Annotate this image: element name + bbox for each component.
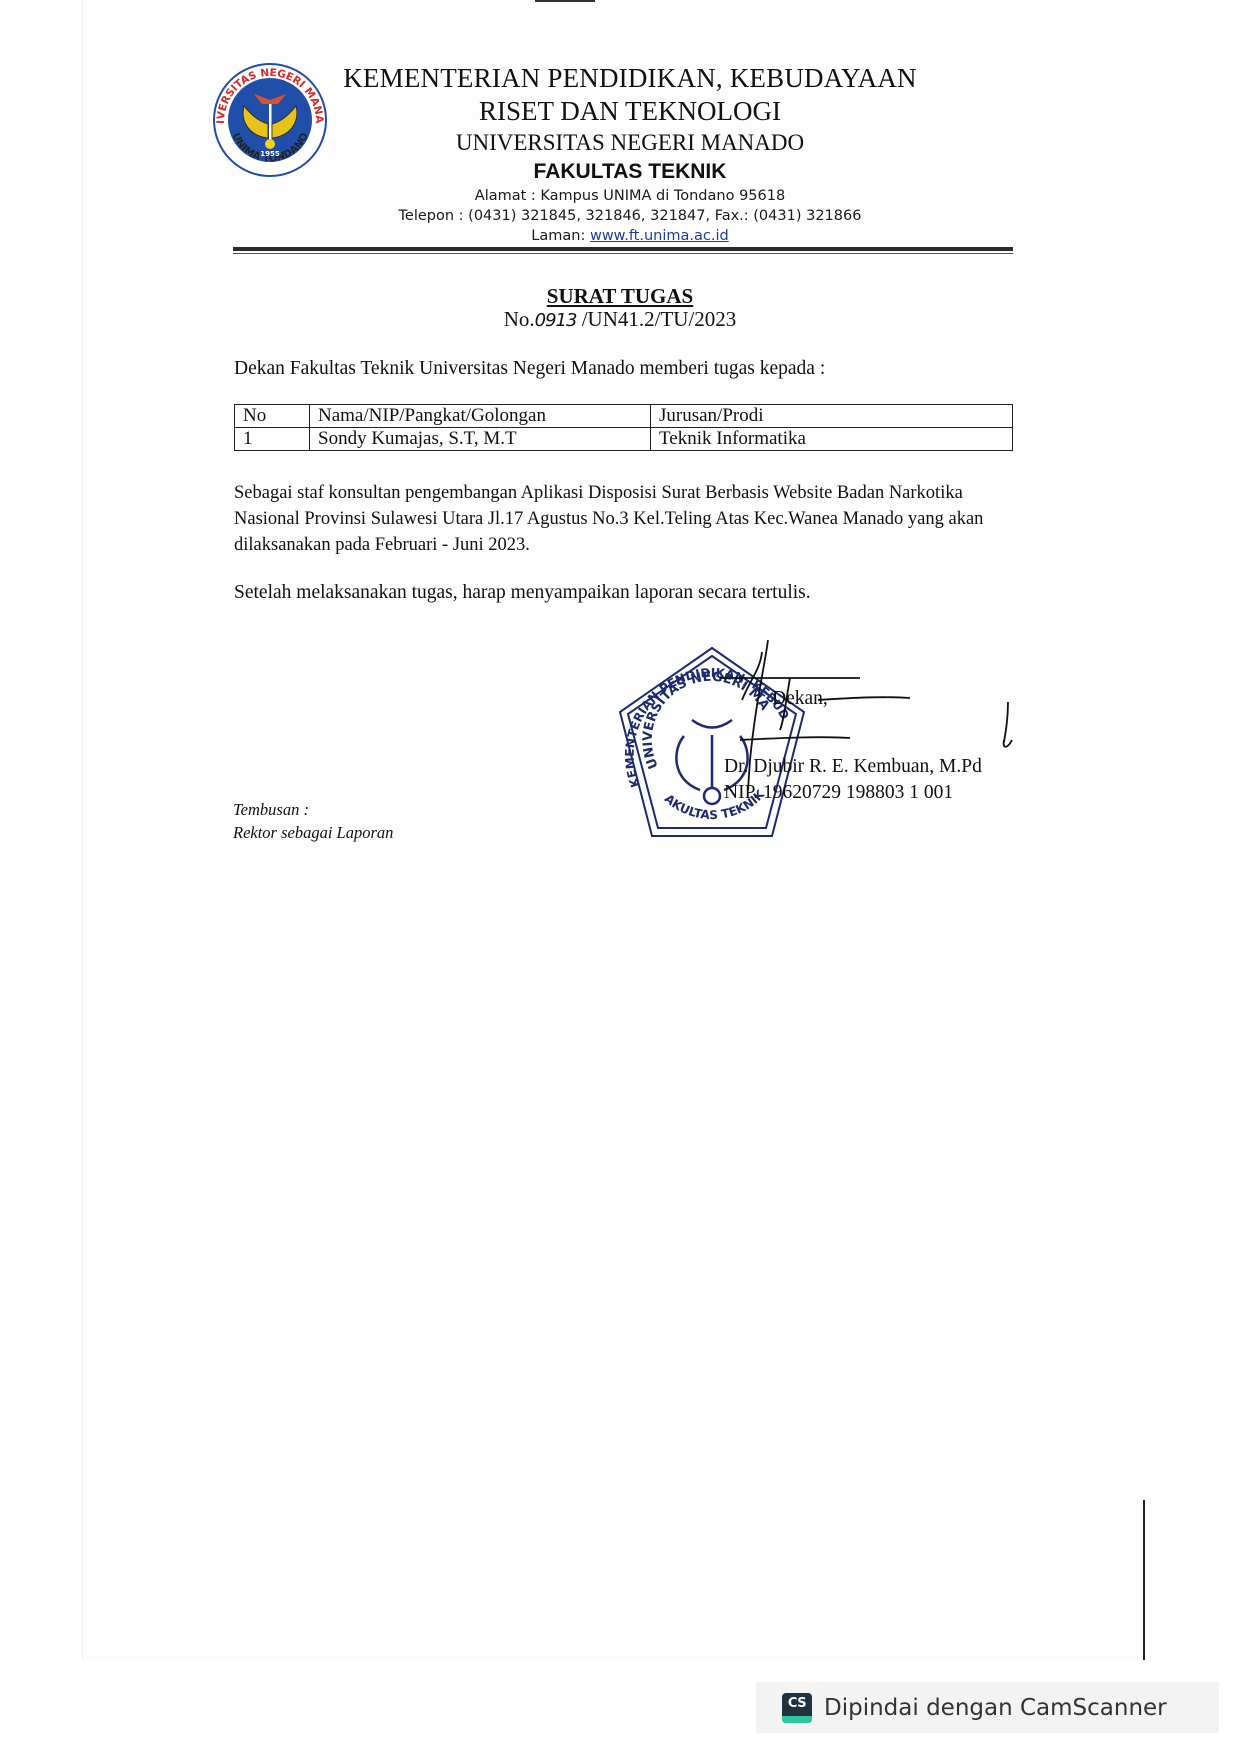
letter-title: SURAT TUGAS xyxy=(0,284,1240,309)
cell-department: Teknik Informatika xyxy=(651,428,1013,451)
signer-role: Dekan, xyxy=(772,686,828,712)
website: Laman: www.ft.unima.ac.id xyxy=(320,226,940,246)
body-text: Sebagai staf konsultan pengembangan Apli… xyxy=(234,480,1014,558)
signer-nip: NIP. 19620729 198803 1 001 xyxy=(724,780,953,806)
header-name: Nama/NIP/Pangkat/Golongan xyxy=(310,405,651,428)
carbon-copy-value: Rektor sebagai Laporan xyxy=(233,821,393,844)
cell-name: Sondy Kumajas, S.T, M.T xyxy=(310,428,651,451)
letter-number: No.0913 /UN41.2/TU/2023 xyxy=(0,307,1240,332)
camscanner-icon: CS xyxy=(782,1693,812,1723)
camscanner-text: Dipindai dengan CamScanner xyxy=(824,1695,1167,1721)
signer-name: Dr. Djubir R. E. Kembuan, M.Pd xyxy=(724,754,982,780)
header-no: No xyxy=(235,405,310,428)
header-department: Jurusan/Prodi xyxy=(651,405,1013,428)
address: Alamat : Kampus UNIMA di Tondano 95618 xyxy=(320,186,940,206)
letterhead: KEMENTERIAN PENDIDIKAN, KEBUDAYAAN RISET… xyxy=(320,62,940,246)
header-rule xyxy=(233,247,1013,251)
table-header-row: No Nama/NIP/Pangkat/Golongan Jurusan/Pro… xyxy=(235,405,1013,428)
number-suffix: /UN41.2/TU/2023 xyxy=(576,307,736,331)
carbon-copy: Tembusan : Rektor sebagai Laporan xyxy=(233,798,393,844)
intro-text: Dekan Fakultas Teknik Universitas Negeri… xyxy=(234,356,1014,382)
university-logo-icon: UNIVERSITAS NEGERI MANADO • UNIMA TONDAN… xyxy=(210,60,330,180)
header-rule-thin xyxy=(233,253,1013,254)
handwritten-number: 0913 xyxy=(535,310,577,331)
svg-text:1955: 1955 xyxy=(260,150,280,158)
closing-text: Setelah melaksanakan tugas, harap menyam… xyxy=(234,580,1014,606)
assignment-table: No Nama/NIP/Pangkat/Golongan Jurusan/Pro… xyxy=(234,404,1013,451)
faculty-name: FAKULTAS TEKNIK xyxy=(320,158,940,186)
scan-edge-shadow xyxy=(1143,1500,1145,1660)
cell-no: 1 xyxy=(235,428,310,451)
camscanner-watermark: CS Dipindai dengan CamScanner xyxy=(756,1682,1219,1733)
website-link[interactable]: www.ft.unima.ac.id xyxy=(590,228,729,244)
carbon-copy-label: Tembusan : xyxy=(233,798,393,821)
university-name: UNIVERSITAS NEGERI MANADO xyxy=(320,128,940,158)
website-label: Laman: xyxy=(531,228,590,244)
number-prefix: No. xyxy=(504,307,535,331)
phone: Telepon : (0431) 321845, 321846, 321847,… xyxy=(320,206,940,226)
ministry-name-2: RISET DAN TEKNOLOGI xyxy=(320,95,940,128)
ministry-name: KEMENTERIAN PENDIDIKAN, KEBUDAYAAN xyxy=(320,62,940,95)
table-row: 1 Sondy Kumajas, S.T, M.T Teknik Informa… xyxy=(235,428,1013,451)
scan-edge-mark xyxy=(535,0,595,2)
